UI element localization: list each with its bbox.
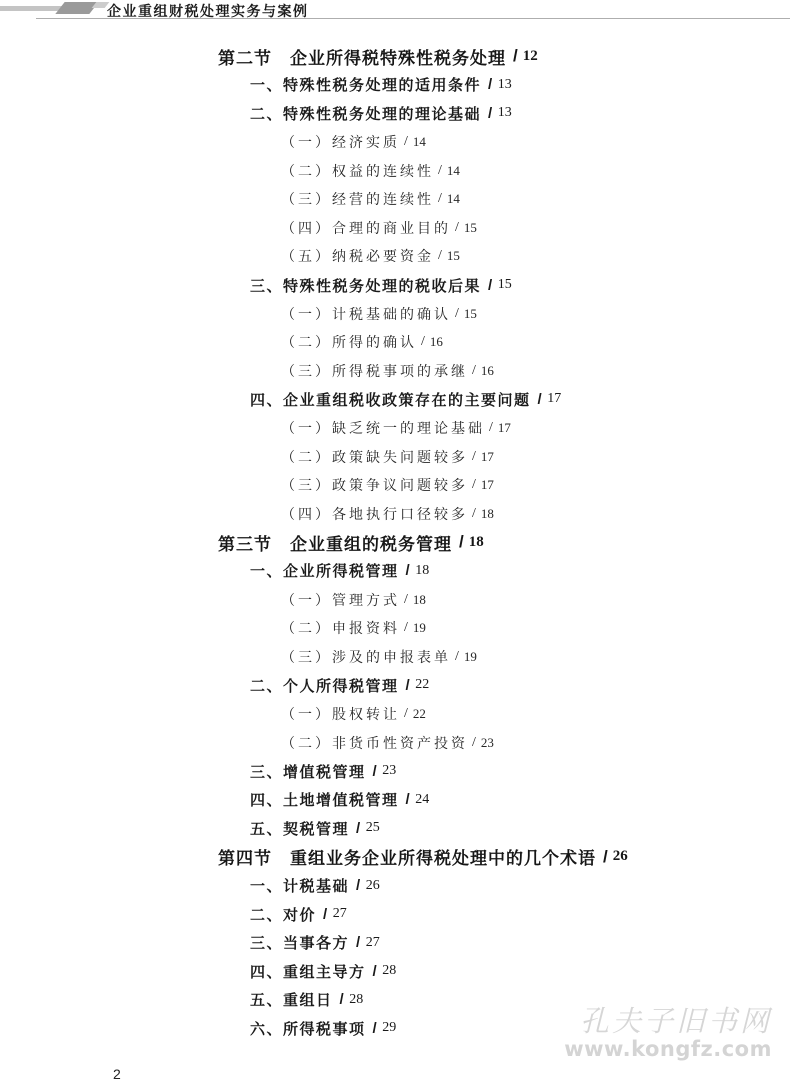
- toc-entry-separator: /: [406, 562, 412, 579]
- toc-entry: 五、重组日/28: [0, 986, 790, 1015]
- toc-entry-separator: /: [373, 763, 379, 780]
- toc-entry-page-number: 22: [415, 677, 429, 693]
- header-rule: [36, 18, 790, 19]
- toc-entry-page-number: 18: [481, 506, 494, 522]
- toc-entry-page-number: 26: [613, 848, 628, 865]
- toc-entry-page-number: 13: [498, 105, 512, 121]
- toc-entry-title: 二、对价: [250, 904, 316, 925]
- toc-entry-title: 五、契税管理: [250, 818, 349, 839]
- header-decoration-bar: [0, 6, 62, 11]
- book-page: 企业重组财税处理实务与案例 第二节 企业所得税特殊性税务处理/12一、特殊性税务…: [0, 0, 790, 1089]
- toc-entry-page-number: 15: [447, 248, 460, 264]
- toc-list: 第二节 企业所得税特殊性税务处理/12一、特殊性税务处理的适用条件/13二、特殊…: [0, 42, 790, 1043]
- toc-entry-separator: /: [404, 620, 411, 636]
- toc-entry-page-number: 17: [547, 391, 561, 407]
- toc-entry-title: （五）纳税必要资金: [281, 246, 434, 266]
- toc-entry-title: （二）非货币性资产投资: [281, 733, 468, 753]
- toc-entry: 二、个人所得税管理/22: [0, 671, 790, 700]
- toc-entry-title: 五、重组日: [250, 989, 333, 1010]
- toc-entry: 四、企业重组税收政策存在的主要问题/17: [0, 385, 790, 414]
- toc-entry-title: （三）经营的连续性: [281, 189, 434, 209]
- toc-entry-page-number: 15: [464, 306, 477, 322]
- toc-entry-title: 二、特殊性税务处理的理论基础: [250, 103, 481, 124]
- toc-entry: 一、企业所得税管理/18: [0, 557, 790, 586]
- toc-entry-separator: /: [356, 934, 362, 951]
- toc-entry: 三、特殊性税务处理的税收后果/15: [0, 271, 790, 300]
- toc-entry-page-number: 28: [382, 963, 396, 979]
- toc-entry-page-number: 17: [481, 449, 494, 465]
- toc-entry-page-number: 25: [366, 820, 380, 836]
- toc-entry-separator: /: [406, 677, 412, 694]
- toc-entry-page-number: 27: [366, 935, 380, 951]
- toc-entry: （一）股权转让/22: [0, 700, 790, 729]
- toc-entry-title: （一）缺乏统一的理论基础: [281, 418, 485, 438]
- toc-entry: （二）政策缺失问题较多/17: [0, 442, 790, 471]
- toc-entry-title: （三）所得税事项的承继: [281, 361, 468, 381]
- toc-entry: （四）合理的商业目的/15: [0, 214, 790, 243]
- toc-entry: 第四节 重组业务企业所得税处理中的几个术语/26: [0, 843, 790, 872]
- toc-entry: （二）申报资料/19: [0, 614, 790, 643]
- toc-entry-title: 一、企业所得税管理: [250, 560, 399, 581]
- toc-entry-separator: /: [404, 592, 411, 608]
- toc-entry: （三）经营的连续性/14: [0, 185, 790, 214]
- toc-entry-page-number: 19: [464, 649, 477, 665]
- toc-entry-title: （一）股权转让: [281, 704, 400, 724]
- toc-entry-separator: /: [438, 248, 445, 264]
- toc-entry-title: （四）合理的商业目的: [281, 218, 451, 238]
- toc-entry: （五）纳税必要资金/15: [0, 242, 790, 271]
- toc-entry: 三、增值税管理/23: [0, 757, 790, 786]
- toc-entry: 六、所得税事项/29: [0, 1014, 790, 1043]
- toc-entry-title: 四、土地增值税管理: [250, 789, 399, 810]
- toc-entry-page-number: 14: [413, 134, 426, 150]
- toc-entry: （四）各地执行口径较多/18: [0, 500, 790, 529]
- toc-entry-title: 四、企业重组税收政策存在的主要问题: [250, 389, 531, 410]
- toc-entry-separator: /: [459, 532, 465, 552]
- page-number: 2: [113, 1066, 121, 1082]
- toc-entry-separator: /: [603, 847, 609, 867]
- toc-entry: 第三节 企业重组的税务管理/18: [0, 528, 790, 557]
- toc-entry: 第二节 企业所得税特殊性税务处理/12: [0, 42, 790, 71]
- toc-entry-separator: /: [356, 877, 362, 894]
- toc-entry-page-number: 13: [498, 77, 512, 93]
- toc-entry-title: 第二节 企业所得税特殊性税务处理: [218, 44, 506, 69]
- toc-entry-title: （一）计税基础的确认: [281, 304, 451, 324]
- toc-entry-title: （二）权益的连续性: [281, 161, 434, 181]
- header-decoration-parallelogram: [55, 2, 98, 14]
- toc-entry-separator: /: [455, 220, 462, 236]
- toc-entry: （一）计税基础的确认/15: [0, 299, 790, 328]
- toc-entry-title: 三、增值税管理: [250, 761, 366, 782]
- toc-entry-title: 二、个人所得税管理: [250, 675, 399, 696]
- toc-entry-separator: /: [488, 105, 494, 122]
- toc-entry-separator: /: [373, 963, 379, 980]
- toc-entry: 四、重组主导方/28: [0, 957, 790, 986]
- toc-entry-page-number: 26: [366, 878, 380, 894]
- toc-entry: 一、特殊性税务处理的适用条件/13: [0, 71, 790, 100]
- toc-entry-separator: /: [340, 991, 346, 1008]
- toc-entry-separator: /: [404, 706, 411, 722]
- toc-entry: （一）经济实质/14: [0, 128, 790, 157]
- page-header: 企业重组财税处理实务与案例: [0, 0, 790, 24]
- toc-entry-page-number: 14: [447, 163, 460, 179]
- toc-entry-page-number: 15: [464, 220, 477, 236]
- toc-entry: （二）所得的确认/16: [0, 328, 790, 357]
- toc-entry: 一、计税基础/26: [0, 871, 790, 900]
- toc-entry: （二）权益的连续性/14: [0, 156, 790, 185]
- toc-entry: （三）涉及的申报表单/19: [0, 642, 790, 671]
- toc-entry-title: 一、特殊性税务处理的适用条件: [250, 74, 481, 95]
- toc-entry-page-number: 18: [413, 592, 426, 608]
- toc-entry-page-number: 24: [415, 792, 429, 808]
- toc-entry-separator: /: [488, 277, 494, 294]
- toc-entry-title: 一、计税基础: [250, 875, 349, 896]
- toc-entry: （二）非货币性资产投资/23: [0, 728, 790, 757]
- toc-entry-title: （二）申报资料: [281, 618, 400, 638]
- toc-entry-page-number: 15: [498, 277, 512, 293]
- toc-entry: （三）所得税事项的承继/16: [0, 357, 790, 386]
- toc-entry-page-number: 14: [447, 191, 460, 207]
- toc-entry-separator: /: [472, 506, 479, 522]
- toc-entry: （三）政策争议问题较多/17: [0, 471, 790, 500]
- toc-entry-title: （一）管理方式: [281, 590, 400, 610]
- toc-entry: 三、当事各方/27: [0, 928, 790, 957]
- toc-entry-page-number: 23: [481, 735, 494, 751]
- toc-entry-page-number: 28: [349, 992, 363, 1008]
- toc-entry-separator: /: [472, 735, 479, 751]
- toc-entry: 二、对价/27: [0, 900, 790, 929]
- toc-entry-separator: /: [488, 76, 494, 93]
- toc-entry: 五、契税管理/25: [0, 814, 790, 843]
- toc-entry-title: （一）经济实质: [281, 132, 400, 152]
- toc-entry-separator: /: [472, 477, 479, 493]
- toc-entry-title: 三、当事各方: [250, 932, 349, 953]
- toc-entry-separator: /: [406, 791, 412, 808]
- toc-entry-title: 六、所得税事项: [250, 1018, 366, 1039]
- toc-entry-separator: /: [438, 163, 445, 179]
- toc-entry-separator: /: [404, 134, 411, 150]
- toc-entry-separator: /: [489, 420, 496, 436]
- toc-entry-title: （三）涉及的申报表单: [281, 647, 451, 667]
- toc-entry: 四、土地增值税管理/24: [0, 785, 790, 814]
- toc-entry-separator: /: [513, 46, 519, 66]
- toc-entry-page-number: 27: [333, 906, 347, 922]
- toc-entry-page-number: 18: [469, 534, 484, 551]
- toc-entry-separator: /: [356, 820, 362, 837]
- toc-entry-separator: /: [538, 391, 544, 408]
- toc-entry-separator: /: [438, 191, 445, 207]
- toc-entry-title: 四、重组主导方: [250, 961, 366, 982]
- toc-entry-title: （三）政策争议问题较多: [281, 475, 468, 495]
- toc-entry-title: 第三节 企业重组的税务管理: [218, 530, 452, 555]
- toc-entry: （一）管理方式/18: [0, 585, 790, 614]
- toc-entry-page-number: 29: [382, 1020, 396, 1036]
- toc-entry-page-number: 17: [498, 420, 511, 436]
- toc-entry-separator: /: [421, 334, 428, 350]
- toc-entry-page-number: 16: [430, 334, 443, 350]
- toc-entry: （一）缺乏统一的理论基础/17: [0, 414, 790, 443]
- toc-entry: 二、特殊性税务处理的理论基础/13: [0, 99, 790, 128]
- toc-entry-page-number: 16: [481, 363, 494, 379]
- toc-entry-title: （四）各地执行口径较多: [281, 504, 468, 524]
- toc-entry-page-number: 23: [382, 763, 396, 779]
- toc-entry-separator: /: [373, 1020, 379, 1037]
- toc-entry-title: （二）政策缺失问题较多: [281, 447, 468, 467]
- toc-entry-title: 第四节 重组业务企业所得税处理中的几个术语: [218, 844, 596, 869]
- toc-entry-separator: /: [455, 649, 462, 665]
- toc-entry-page-number: 18: [415, 563, 429, 579]
- toc-entry-page-number: 22: [413, 706, 426, 722]
- toc-entry-page-number: 19: [413, 620, 426, 636]
- toc-entry-separator: /: [472, 449, 479, 465]
- toc-entry-separator: /: [455, 306, 462, 322]
- toc-entry-separator: /: [472, 363, 479, 379]
- toc-entry-separator: /: [323, 906, 329, 923]
- toc-entry-page-number: 17: [481, 477, 494, 493]
- toc-entry-page-number: 12: [523, 48, 538, 65]
- toc-entry-title: 三、特殊性税务处理的税收后果: [250, 275, 481, 296]
- toc-entry-title: （二）所得的确认: [281, 332, 417, 352]
